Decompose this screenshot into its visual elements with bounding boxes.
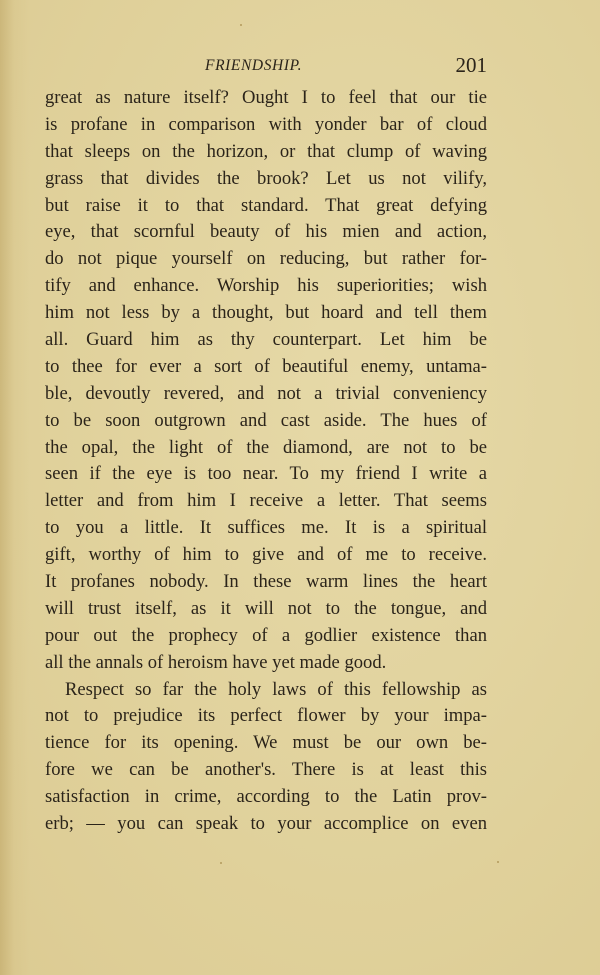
text-line: do not pique yourself on reducing, but r…	[45, 246, 487, 273]
text-line: erb; — you can speak to your accomplice …	[45, 811, 487, 838]
text-line: him not less by a thought, but hoard and…	[45, 300, 487, 327]
text-line: satisfaction in crime, according to the …	[45, 784, 487, 811]
text-line: tience for its opening. We must be our o…	[45, 730, 487, 757]
text-line: but raise it to that standard. That grea…	[45, 193, 487, 220]
text-line: seen if the eye is too near. To my frien…	[45, 461, 487, 488]
page-number: 201	[456, 53, 488, 78]
body-text: great as nature itself? Ought I to feel …	[45, 85, 487, 838]
text-line: will trust itself, as it will not to the…	[45, 596, 487, 623]
running-head: FRIENDSHIP. 201	[45, 53, 487, 81]
text-line: is profane in comparison with yonder bar…	[45, 112, 487, 139]
text-line: all. Guard him as thy counterpart. Let h…	[45, 327, 487, 354]
text-line: It profanes nobody. In these warm lines …	[45, 569, 487, 596]
text-line: pour out the prophecy of a godlier exist…	[45, 623, 487, 650]
text-line: to you a little. It suffices me. It is a…	[45, 515, 487, 542]
text-line: fore we can be another's. There is at le…	[45, 757, 487, 784]
text-line: that sleeps on the horizon, or that clum…	[45, 139, 487, 166]
text-line: tify and enhance. Worship his superiorit…	[45, 273, 487, 300]
running-title: FRIENDSHIP.	[205, 57, 302, 75]
text-line: Respect so far the holy laws of this fel…	[45, 677, 487, 704]
text-line: letter and from him I receive a letter. …	[45, 488, 487, 515]
text-line: eye, that scornful beauty of his mien an…	[45, 219, 487, 246]
text-line: grass that divides the brook? Let us not…	[45, 166, 487, 193]
paper-fleck	[240, 24, 242, 26]
text-line: gift, worthy of him to give and of me to…	[45, 542, 487, 569]
text-line: all the annals of heroism have yet made …	[45, 650, 487, 677]
text-line: to be soon outgrown and cast aside. The …	[45, 408, 487, 435]
text-line: the opal, the light of the diamond, are …	[45, 435, 487, 462]
text-line: great as nature itself? Ought I to feel …	[45, 85, 487, 112]
paper-fleck	[220, 862, 222, 864]
text-line: not to prejudice its perfect flower by y…	[45, 703, 487, 730]
text-line: to thee for ever a sort of beautiful ene…	[45, 354, 487, 381]
paper-fleck	[497, 861, 499, 863]
text-line: ble, devoutly revered, and not a trivial…	[45, 381, 487, 408]
book-page: FRIENDSHIP. 201 great as nature itself? …	[0, 0, 600, 975]
